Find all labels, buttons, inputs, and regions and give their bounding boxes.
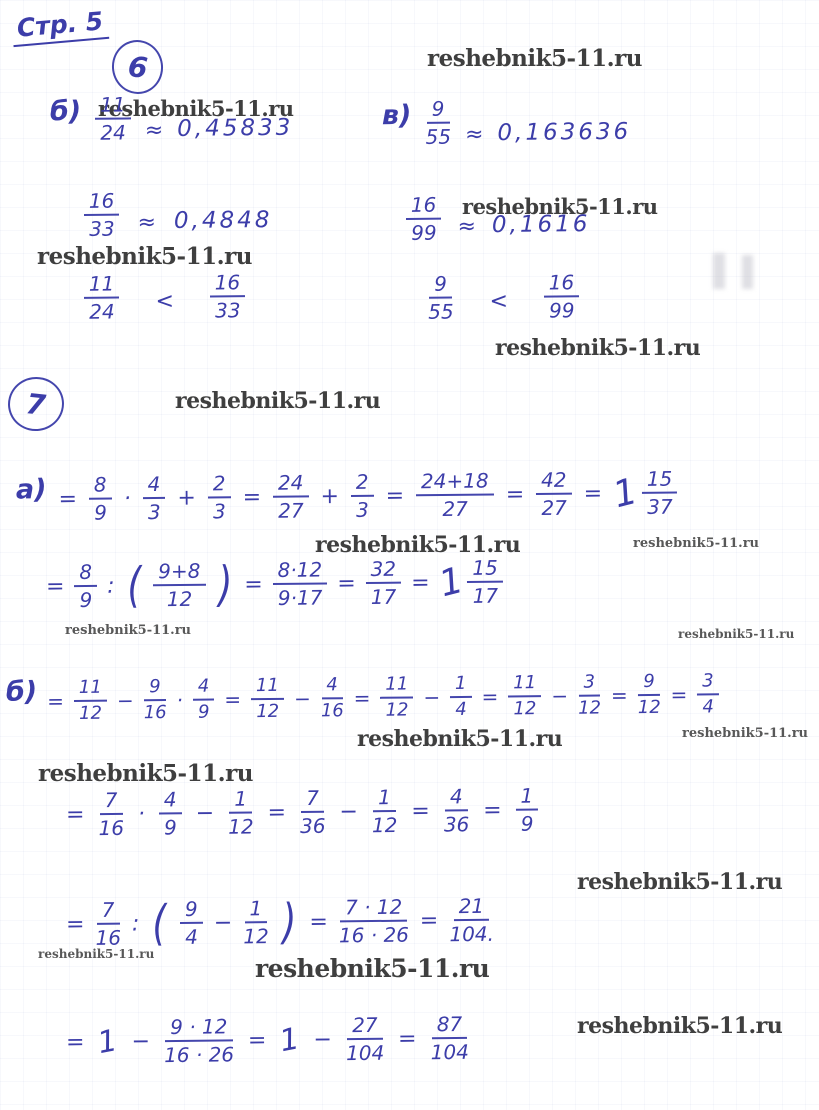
operator: = <box>243 485 262 510</box>
fraction-denominator: 104 <box>346 1040 384 1064</box>
operator: ≈ <box>457 214 476 239</box>
integer: 1 <box>95 1023 120 1061</box>
part-label: б) <box>50 96 82 127</box>
site-watermark: reshebnik5-11.ru <box>315 532 520 558</box>
fraction-numerator: 4 <box>193 678 215 701</box>
site-watermark: reshebnik5-11.ru <box>633 536 759 551</box>
fraction-numerator: 42 <box>536 470 572 495</box>
fraction: 27104 <box>346 1015 385 1064</box>
fraction-denominator: 33 <box>215 297 241 321</box>
decimal-value: 0,163636 <box>497 118 631 145</box>
fraction-denominator: 24 <box>100 119 126 143</box>
decimal-value: 0,45833 <box>177 114 293 141</box>
operator: = <box>46 574 65 599</box>
fraction: 8·129·17 <box>272 559 327 609</box>
operator: = <box>66 912 85 937</box>
fraction-denominator: 16 <box>144 701 167 723</box>
operator: ≈ <box>465 122 484 147</box>
fraction: 34 <box>697 672 719 717</box>
p6-b-second-fraction: 1633≈0,4848 <box>84 189 273 240</box>
fraction-denominator: 27 <box>442 496 468 520</box>
operator: · <box>124 486 131 511</box>
fraction-denominator: 27 <box>278 497 304 521</box>
p6-v-second-fraction: 1699≈0,1616 <box>406 193 591 244</box>
part-label: в) <box>382 100 412 131</box>
fraction: 1537 <box>642 469 678 518</box>
fraction-denominator: 24 <box>89 299 115 323</box>
operator: + <box>177 486 196 511</box>
operator: − <box>131 1029 150 1054</box>
fraction-denominator: 16 <box>321 699 344 721</box>
fraction: 89 <box>74 562 97 611</box>
fraction: 955 <box>428 274 454 323</box>
operator: = <box>337 571 356 596</box>
p6-v-comparison: 955<1699 <box>428 272 580 323</box>
fraction-denominator: 12 <box>638 696 661 718</box>
fraction-denominator: 16 · 26 <box>164 1041 234 1066</box>
p7-part-a-line1: а)=89·43+23=2427+23=24+1827=4227=11537 <box>16 469 678 525</box>
operator: + <box>320 484 339 509</box>
site-watermark: reshebnik5-11.ru <box>38 760 253 787</box>
fraction-numerator: 4 <box>445 786 468 811</box>
fraction: 9+812 <box>153 561 206 611</box>
fraction: 112 <box>228 789 254 838</box>
fraction-denominator: 12 <box>372 812 398 836</box>
fraction-denominator: 17 <box>371 584 397 608</box>
scan-artifact <box>713 253 725 289</box>
operator: · <box>176 688 183 712</box>
operator: − <box>294 687 311 711</box>
fraction-denominator: 12 <box>256 700 279 722</box>
fraction-denominator: 9·17 <box>278 584 323 608</box>
fraction-denominator: 17 <box>472 583 498 607</box>
fraction-denominator: 104. <box>449 921 494 945</box>
operator: = <box>354 686 371 710</box>
fraction-denominator: 104 <box>431 1039 469 1063</box>
fraction: 1112 <box>508 674 541 719</box>
fraction-numerator: 9 <box>144 678 166 701</box>
operator: = <box>481 685 498 709</box>
operator: · <box>138 802 145 827</box>
operator: − <box>214 911 233 936</box>
fraction: 112 <box>372 787 398 836</box>
fraction: 89 <box>89 474 112 523</box>
fraction-numerator: 16 <box>406 195 442 220</box>
site-watermark: reshebnik5-11.ru <box>577 1013 782 1039</box>
fraction-denominator: 9 <box>521 811 534 835</box>
fraction-numerator: 4 <box>142 474 165 499</box>
fraction-denominator: 12 <box>79 702 102 724</box>
operator: = <box>244 572 263 597</box>
fraction-denominator: 99 <box>549 297 575 321</box>
operator: = <box>224 688 241 712</box>
fraction-numerator: 9 <box>427 99 450 124</box>
operator: = <box>611 684 628 708</box>
fraction: 23 <box>208 473 231 522</box>
operator: = <box>398 1026 417 1051</box>
p6-part-b-decimal: б)1124≈0,45833 <box>50 93 294 145</box>
p6-b-comparison: 1124<1633 <box>84 272 246 323</box>
fraction: 736 <box>300 788 326 837</box>
fraction-denominator: 55 <box>425 124 451 148</box>
fraction-numerator: 1 <box>450 675 472 698</box>
fraction-denominator: 55 <box>428 299 454 323</box>
fraction-numerator: 8 <box>74 562 97 587</box>
scanned-notebook-page: Стр. 5 67 reshebnik5-11.rureshebnik5-11.… <box>0 0 819 1110</box>
fraction: 19 <box>515 786 538 835</box>
part-label: а) <box>16 474 47 505</box>
operator: < <box>155 289 174 314</box>
fraction-numerator: 2 <box>351 472 374 497</box>
site-watermark: reshebnik5-11.ru <box>357 726 562 752</box>
operator: = <box>248 1028 267 1053</box>
fraction-numerator: 24+18 <box>416 470 494 496</box>
operator: − <box>313 1027 332 1052</box>
fraction: 1124 <box>95 94 131 143</box>
parenthesis: ( <box>152 903 166 944</box>
operator: ≈ <box>145 118 164 143</box>
fraction-numerator: 24 <box>273 472 309 497</box>
whole-part: 1 <box>435 562 466 603</box>
operator: ≈ <box>137 210 156 235</box>
site-watermark: reshebnik5-11.ru <box>175 388 380 414</box>
fraction: 87104 <box>430 1014 469 1063</box>
fraction: 24+1827 <box>416 470 494 520</box>
fraction-denominator: 4 <box>185 924 198 948</box>
site-watermark: reshebnik5-11.ru <box>65 623 191 638</box>
fraction: 1699 <box>544 272 580 321</box>
operator: = <box>506 482 525 507</box>
fraction-numerator: 7 · 12 <box>340 897 408 923</box>
operator: = <box>670 683 687 707</box>
p7-part-b-line1: б)=1112−916·49=1112−416=1112−14=1112−312… <box>6 672 719 724</box>
fraction-denominator: 16 · 26 <box>339 922 409 947</box>
fraction: 2427 <box>273 472 309 521</box>
fraction-numerator: 15 <box>467 558 503 583</box>
fraction: 1124 <box>84 273 120 322</box>
fraction-numerator: 1 <box>373 787 396 812</box>
fraction-denominator: 12 <box>513 697 536 719</box>
site-watermark: reshebnik5-11.ru <box>678 627 794 641</box>
site-watermark: reshebnik5-11.ru <box>427 45 642 72</box>
fraction-denominator: 9 <box>198 700 210 722</box>
fraction-denominator: 12 <box>578 696 601 718</box>
parenthesis: ) <box>282 902 296 943</box>
fraction-numerator: 4 <box>159 789 182 814</box>
fraction-numerator: 3 <box>579 674 601 697</box>
fraction: 716 <box>98 790 124 839</box>
fraction-denominator: 9 <box>164 814 177 838</box>
fraction: 14 <box>450 675 472 720</box>
operator: = <box>309 909 328 934</box>
fraction: 916 <box>143 678 166 723</box>
whole-part: 1 <box>610 473 641 514</box>
fraction-denominator: 12 <box>243 923 269 947</box>
operator: = <box>47 690 64 714</box>
fraction-numerator: 87 <box>432 1014 468 1039</box>
operator: = <box>66 802 85 827</box>
fraction: 312 <box>578 674 601 719</box>
fraction-denominator: 16 <box>98 815 124 839</box>
fraction-numerator: 4 <box>321 676 343 699</box>
fraction-denominator: 4 <box>702 695 714 717</box>
fraction-numerator: 7 <box>301 788 324 813</box>
operator: = <box>584 481 603 506</box>
fraction-numerator: 11 <box>251 677 284 700</box>
problem-number-badge: 6 <box>108 37 166 98</box>
fraction-numerator: 16 <box>84 191 120 216</box>
fraction-denominator: 9 <box>79 587 92 611</box>
page-label: Стр. 5 <box>11 6 110 47</box>
fraction-numerator: 7 <box>97 900 120 925</box>
fraction: 9 · 1216 · 26 <box>164 1016 234 1066</box>
fraction: 716 <box>95 900 121 949</box>
fraction-denominator: 36 <box>444 811 470 835</box>
fraction: 112 <box>243 898 269 947</box>
problem-number: 7 <box>25 387 48 422</box>
fraction: 416 <box>321 676 344 721</box>
p7-part-b-line4: =1−9 · 1216 · 26=1−27104=87104 <box>66 1014 469 1067</box>
site-watermark: reshebnik5-11.ru <box>682 726 808 741</box>
scan-artifact <box>742 255 753 289</box>
fraction-numerator: 8·12 <box>272 559 327 585</box>
fraction-numerator: 11 <box>74 679 107 702</box>
fraction-numerator: 3 <box>697 672 719 695</box>
operator: = <box>483 798 502 823</box>
part-label: б) <box>6 676 38 707</box>
fraction: 1112 <box>74 679 107 724</box>
fraction: 94 <box>180 899 203 948</box>
parenthesis: ) <box>218 565 232 606</box>
fraction: 1112 <box>251 677 284 722</box>
fraction-numerator: 21 <box>454 896 490 921</box>
fraction: 49 <box>159 789 182 838</box>
operator: : <box>132 911 140 936</box>
fraction-denominator: 12 <box>167 586 193 610</box>
fraction-denominator: 3 <box>213 498 226 522</box>
operator: : <box>107 574 115 599</box>
fraction-denominator: 12 <box>228 814 254 838</box>
operator: = <box>267 800 286 825</box>
operator: = <box>66 1030 85 1055</box>
fraction: 1633 <box>84 191 120 240</box>
p7-part-b-line2: =716·49−112=736−112=436=19 <box>66 786 539 840</box>
fraction-numerator: 2 <box>208 473 231 498</box>
fraction-numerator: 32 <box>365 559 401 584</box>
fraction-denominator: 33 <box>89 216 115 240</box>
site-watermark: reshebnik5-11.ru <box>577 869 782 895</box>
fraction-denominator: 9 <box>94 500 107 524</box>
site-watermark: reshebnik5-11.ru <box>495 335 700 361</box>
p7-part-b-line3: =716:(94−112)=7 · 1216 · 26=21104. <box>66 896 494 949</box>
fraction-denominator: 3 <box>356 497 369 521</box>
mixed-number: 11517 <box>439 558 503 608</box>
operator: = <box>420 908 439 933</box>
problem-number-badge: 7 <box>5 373 68 434</box>
fraction: 1699 <box>406 195 442 244</box>
fraction: 21104. <box>449 896 494 945</box>
fraction-numerator: 16 <box>544 272 580 297</box>
fraction: 1517 <box>467 558 503 607</box>
operator: = <box>411 570 430 595</box>
fraction-denominator: 12 <box>385 698 408 720</box>
fraction-numerator: 9 <box>180 899 203 924</box>
fraction: 912 <box>637 673 660 718</box>
mixed-number: 11537 <box>614 469 678 519</box>
fraction: 43 <box>142 474 165 523</box>
operator: − <box>117 689 134 713</box>
fraction-numerator: 27 <box>347 1015 383 1040</box>
problem-number: 6 <box>126 50 149 85</box>
fraction: 23 <box>351 472 374 521</box>
operator: − <box>423 686 440 710</box>
fraction: 7 · 1216 · 26 <box>339 897 409 947</box>
fraction-numerator: 11 <box>380 675 413 698</box>
fraction: 1112 <box>380 675 413 720</box>
fraction-numerator: 7 <box>100 790 123 815</box>
fraction: 4227 <box>536 470 572 519</box>
fraction-denominator: 4 <box>455 698 467 720</box>
fraction-numerator: 11 <box>84 273 120 298</box>
operator: − <box>195 801 214 826</box>
p7-part-a-line2: =89:(9+812)=8·129·17=3217=11517 <box>46 558 503 612</box>
fraction-numerator: 11 <box>508 674 541 697</box>
fraction-numerator: 1 <box>229 789 252 814</box>
fraction-denominator: 3 <box>148 499 161 523</box>
integer: 1 <box>277 1021 302 1059</box>
fraction: 955 <box>425 99 451 148</box>
fraction-numerator: 16 <box>210 272 246 297</box>
decimal-value: 0,1616 <box>492 211 591 238</box>
fraction-numerator: 15 <box>642 469 678 494</box>
fraction-denominator: 99 <box>411 220 437 244</box>
fraction-numerator: 8 <box>89 474 112 499</box>
fraction-numerator: 9 <box>638 673 660 696</box>
operator: = <box>386 483 405 508</box>
fraction: 1633 <box>210 272 246 321</box>
fraction: 3217 <box>365 559 401 608</box>
fraction-numerator: 9+8 <box>153 561 205 587</box>
site-watermark: reshebnik5-11.ru <box>255 954 489 983</box>
fraction-denominator: 27 <box>541 495 567 519</box>
operator: − <box>339 799 358 824</box>
fraction-numerator: 9 <box>429 274 452 299</box>
fraction-numerator: 1 <box>515 786 538 811</box>
fraction-denominator: 16 <box>95 925 121 949</box>
site-watermark: reshebnik5-11.ru <box>37 243 252 270</box>
fraction-numerator: 9 · 12 <box>165 1016 233 1042</box>
fraction-denominator: 37 <box>647 494 673 518</box>
parenthesis: ( <box>127 565 141 606</box>
operator: = <box>411 799 430 824</box>
fraction: 436 <box>443 786 469 835</box>
fraction: 49 <box>193 678 215 723</box>
fraction-numerator: 1 <box>244 898 267 923</box>
fraction-denominator: 36 <box>300 813 326 837</box>
operator: = <box>58 487 77 512</box>
operator: < <box>489 289 508 314</box>
p6-part-v-decimal: в)955≈0,163636 <box>382 97 632 149</box>
operator: − <box>551 684 568 708</box>
fraction-numerator: 11 <box>95 94 131 119</box>
decimal-value: 0,4848 <box>174 207 273 234</box>
